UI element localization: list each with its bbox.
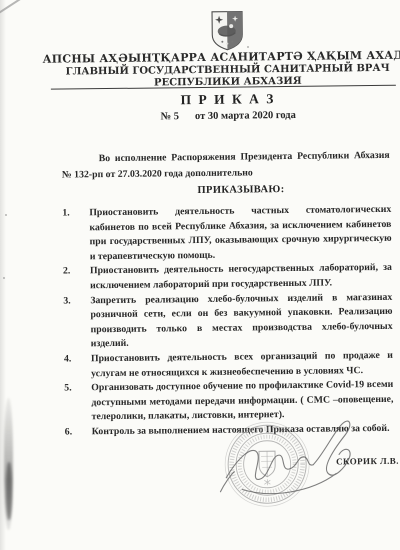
order-number: № 5 bbox=[160, 111, 179, 122]
document-page: АПСНЫ АҲӘЫНҬҚАРРА АСАНИТАРТӘ ҲАҚЫМ АХАДА… bbox=[0, 0, 400, 550]
order-item-text: Приостановить деятельность частных стома… bbox=[89, 203, 392, 265]
order-item: 1. Приостановить деятельность частных ст… bbox=[62, 203, 392, 265]
order-item-number: 6. bbox=[65, 425, 92, 440]
order-date: от 30 марта 2020 года bbox=[195, 110, 296, 122]
abkhazia-coat-of-arms-icon bbox=[210, 10, 244, 50]
order-item-number: 1. bbox=[62, 206, 90, 265]
order-item-number: 3. bbox=[63, 294, 91, 353]
order-item-text: Приостановить деятельность негосударстве… bbox=[90, 261, 392, 294]
document-title: П Р И К А З bbox=[43, 90, 400, 110]
order-item-text: Приостановить деятельность всех организа… bbox=[91, 349, 393, 382]
order-item: 3. Запретить реализацию хлебо-булочных и… bbox=[63, 290, 393, 352]
preamble-paragraph: Во исполнение Распоряжения Президента Ре… bbox=[62, 148, 390, 183]
order-item-number: 2. bbox=[63, 265, 90, 294]
order-word: ПРИКАЗЫВАЮ: bbox=[62, 183, 390, 198]
signer-name: СКОРИК Л.В. bbox=[336, 456, 399, 467]
order-items-list: 1. Приостановить деятельность частных ст… bbox=[62, 203, 394, 440]
order-item-number: 5. bbox=[64, 381, 91, 425]
letterhead: АПСНЫ АҲӘЫНҬҚАРРА АСАНИТАРТӘ ҲАҚЫМ АХАДА… bbox=[42, 49, 400, 90]
order-item: 4. Приостановить деятельность всех орган… bbox=[64, 349, 393, 382]
order-item-text: Запретить реализацию хлебо-булочных изде… bbox=[90, 290, 393, 352]
order-number-date-line: № 5от 30 марта 2020 года bbox=[43, 109, 400, 124]
order-item: 2. Приостановить деятельность негосударс… bbox=[63, 261, 392, 294]
order-item-number: 4. bbox=[64, 352, 91, 381]
